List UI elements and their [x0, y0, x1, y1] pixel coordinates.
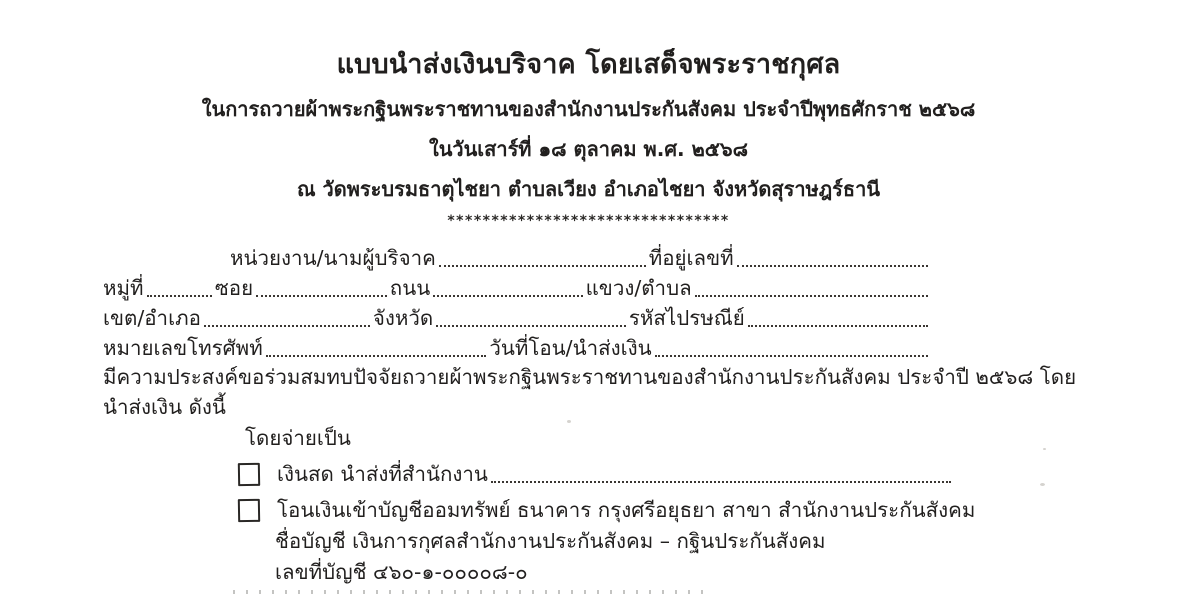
district-field[interactable] — [204, 325, 370, 327]
moo-label: หมู่ที่ — [103, 274, 144, 303]
document-subtitle-event: ในการถวายผ้าพระกฐินพระราชทานของสำนักงานป… — [0, 93, 1177, 125]
account-name-line: ชื่อบัญชี เงินการกุศลสำนักงานประกันสังคม… — [275, 525, 963, 556]
document-header: แบบนำส่งเงินบริจาค โดยเสด็จพระราชกุศล ใน… — [0, 42, 1177, 229]
option-cash-label: เงินสด นำส่งที่สำนักงาน — [277, 460, 488, 489]
payment-header-label: โดยจ่ายเป็น — [245, 424, 351, 453]
transfer-checkbox[interactable] — [238, 499, 260, 522]
subdistrict-field[interactable] — [695, 295, 928, 297]
intent-paragraph-line-1: มีความประสงค์ขอร่วมสมทบปัจจัยถวายผ้าพระก… — [103, 363, 963, 393]
phone-field[interactable] — [266, 355, 487, 357]
transfer-date-field[interactable] — [655, 355, 928, 357]
cash-office-field[interactable] — [491, 481, 951, 483]
road-label: ถนน — [390, 274, 430, 303]
donor-label: หน่วยงาน/นามผู้บริจาค — [230, 244, 436, 273]
option-transfer-row: โอนเงินเข้าบัญชีออมทรัพย์ ธนาคาร กรุงศรี… — [103, 489, 963, 525]
scan-speck — [1043, 448, 1046, 450]
donor-name-field[interactable] — [439, 265, 646, 267]
payment-header-line: โดยจ่ายเป็น — [103, 423, 963, 453]
document-subtitle-location: ณ วัดพระบรมธาตุไชยา ตำบลเวียง อำเภอไชยา … — [0, 173, 1177, 205]
moo-field[interactable] — [147, 295, 212, 297]
address-line-2: เขต/อำเภอ จังหวัด รหัสไปรษณีย์ — [103, 303, 963, 333]
postal-field[interactable] — [748, 325, 928, 327]
intent-paragraph-line-2: นำส่งเงิน ดังนี้ — [103, 393, 963, 423]
postal-label: รหัสไปรษณีย์ — [629, 304, 745, 333]
address-no-field[interactable] — [737, 265, 928, 267]
district-label: เขต/อำเภอ — [103, 304, 201, 333]
asterisk-divider: ******************************** — [0, 213, 1177, 229]
option-transfer-label: โอนเงินเข้าบัญชีออมทรัพย์ ธนาคาร กรุงศรี… — [277, 496, 975, 525]
document-subtitle-date: ในวันเสาร์ที่ ๑๘ ตุลาคม พ.ศ. ๒๕๖๘ — [0, 133, 1177, 165]
scanned-document-page: แบบนำส่งเงินบริจาค โดยเสด็จพระราชกุศล ใน… — [0, 0, 1191, 594]
donor-line: หน่วยงาน/นามผู้บริจาค ที่อยู่เลขที่ — [103, 243, 963, 273]
road-field[interactable] — [433, 295, 582, 297]
donation-form-body: หน่วยงาน/นามผู้บริจาค ที่อยู่เลขที่ หมู่… — [103, 243, 963, 587]
cash-checkbox[interactable] — [238, 463, 260, 486]
soi-field[interactable] — [256, 295, 387, 297]
transfer-date-label: วันที่โอน/นำส่งเงิน — [489, 334, 651, 363]
scan-speck — [1040, 483, 1045, 486]
scan-speck — [567, 420, 571, 423]
cut-off-next-line — [233, 590, 703, 594]
phone-label: หมายเลขโทรศัพท์ — [103, 334, 263, 363]
phone-line: หมายเลขโทรศัพท์ วันที่โอน/นำส่งเงิน — [103, 333, 963, 363]
address-no-label: ที่อยู่เลขที่ — [649, 244, 734, 273]
document-title: แบบนำส่งเงินบริจาค โดยเสด็จพระราชกุศล — [0, 42, 1177, 85]
province-field[interactable] — [436, 325, 626, 327]
subdistrict-label: แขวง/ตำบล — [586, 274, 692, 303]
option-cash-row: เงินสด นำส่งที่สำนักงาน — [103, 453, 963, 489]
soi-label: ซอย — [215, 274, 253, 303]
account-number-line: เลขที่บัญชี ๔๖๐-๑-๐๐๐๐๘-๐ — [275, 556, 963, 587]
address-line-1: หมู่ที่ ซอย ถนน แขวง/ตำบล — [103, 273, 963, 303]
province-label: จังหวัด — [373, 304, 433, 333]
